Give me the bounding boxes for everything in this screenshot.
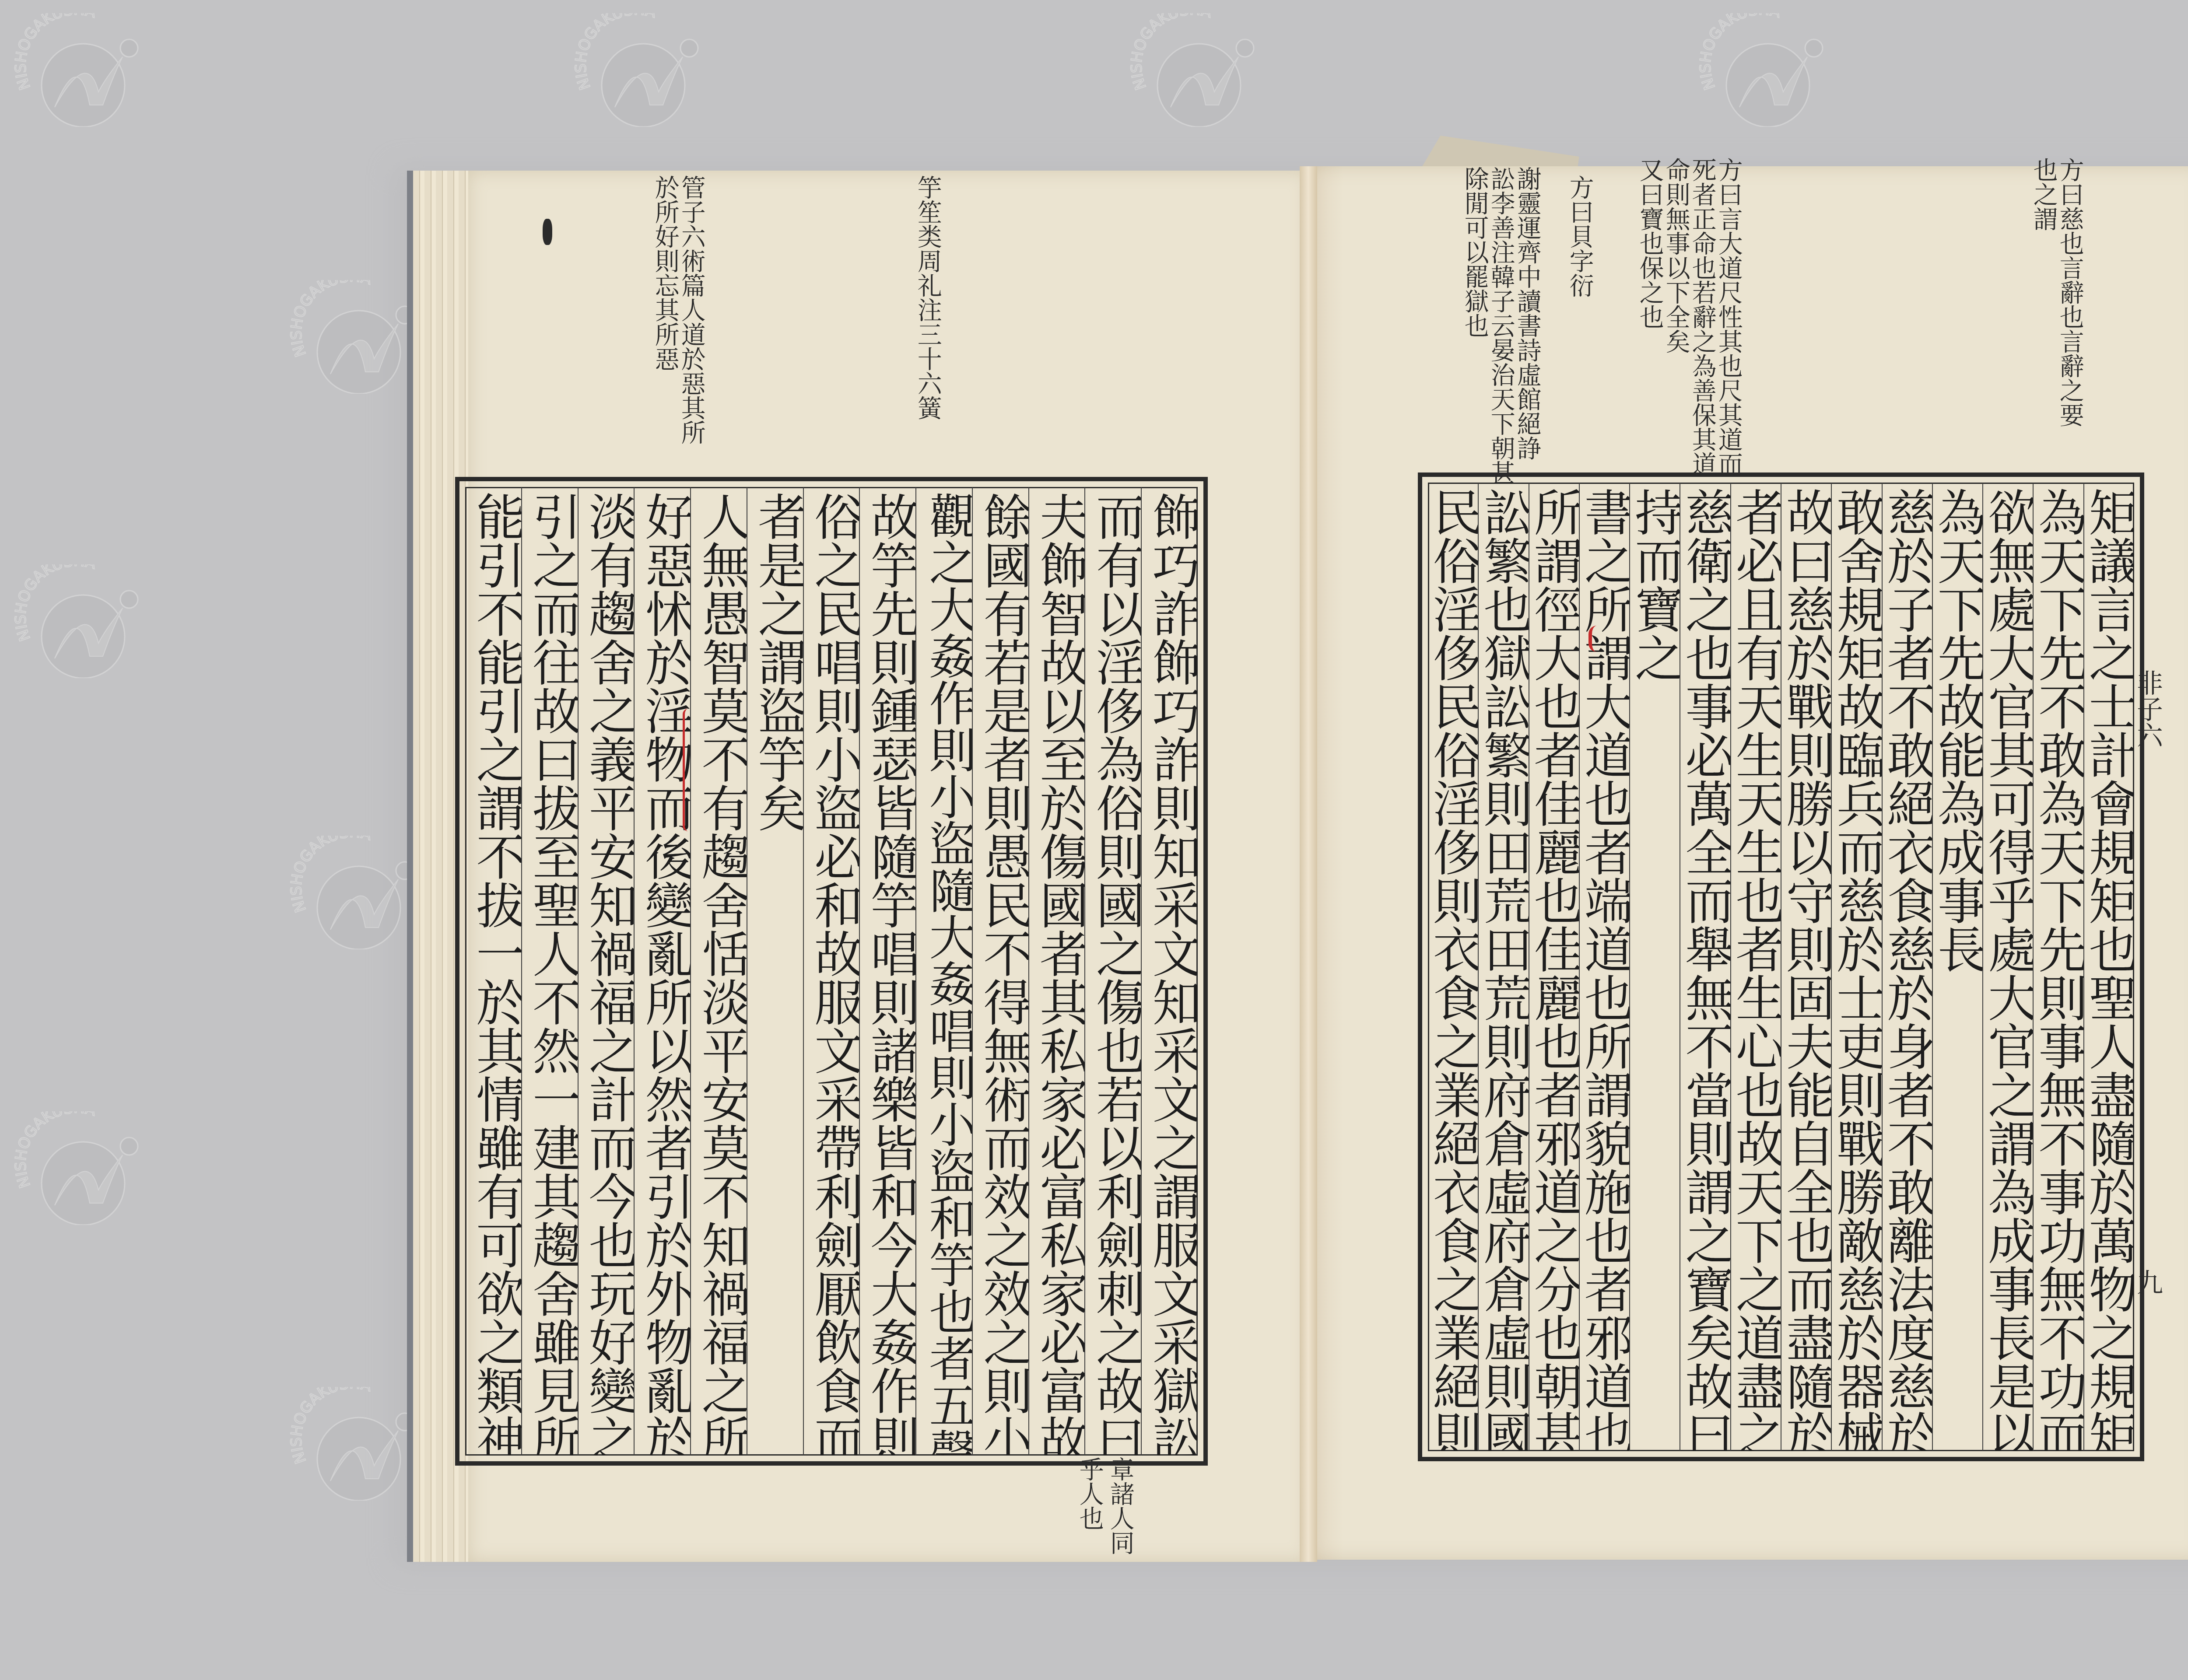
text-column: 好惡怵於淫物而後變亂所以然者引於外物亂於玩好也恬 xyxy=(634,487,690,1455)
right-annotation-10: 除閒可以罷獄也 xyxy=(1462,166,1487,338)
text-column: 書之所謂大道也者端道也所謂貌施也者邪道也 xyxy=(1579,483,1629,1451)
right-columns: 矩議言之士計會規矩也聖人盡隨於萬物之規矩故曰不敢為天下先不敢為天下先則事無不事功… xyxy=(1428,483,2134,1451)
right-text-block: 矩議言之士計會規矩也聖人盡隨於萬物之規矩故曰不敢為天下先不敢為天下先則事無不事功… xyxy=(1418,472,2144,1461)
right-annotation-8: 謝靈運齊中讀書詩虛館絕諍 xyxy=(1514,166,1540,460)
left-bottom-annotation-1: 章諸人同 xyxy=(1107,1457,1133,1555)
binding-tab xyxy=(1420,136,1582,171)
nishogakusha-logo-icon: NISHOGAKUSHA xyxy=(13,1111,144,1225)
nishogakusha-logo-icon: NISHOGAKUSHA xyxy=(573,13,705,127)
left-annotation-2: 管子六術篇人道於惡其所 xyxy=(678,175,704,444)
text-column: 故竽先則鍾瑟皆隨竽唱則諸樂皆和今大姦作則俗之民唱 xyxy=(859,487,915,1455)
left-annotation-1: 竽笙类周礼注三十六簧 xyxy=(915,175,940,420)
text-column: 夫飾智故以至於傷國者其私家必富私家必富故曰資貨有 xyxy=(1028,487,1085,1455)
left-bottom-annotation-2: 乎人也 xyxy=(1076,1457,1102,1530)
text-column: 故曰慈於戰則勝以守則固夫能自全也而盡隨於萬物之理 xyxy=(1781,483,1831,1451)
text-column: 慈衛之也事必萬全而舉無不當則謂之寶矣故曰吾有三寶 xyxy=(1680,483,1730,1451)
right-annotation-6: 又曰寶也保之也 xyxy=(1637,157,1662,329)
text-column: 而有以淫侈為俗則國之傷也若以利劍刺之故曰帶利劍諸 xyxy=(1084,487,1141,1455)
text-column: 能引不能引之謂不拔一於其情雖有可欲之類神不為動神 xyxy=(466,487,521,1455)
right-annotation-1: 方曰慈也言辭也言辭之要 xyxy=(2057,157,2083,427)
nishogakusha-logo-icon: NISHOGAKUSHA xyxy=(13,13,144,127)
right-annotation-4: 死者正命也若辭之為善保其道 xyxy=(1689,157,1715,476)
nishogakusha-logo-icon: NISHOGAKUSHA xyxy=(13,564,144,678)
nishogakusha-logo-icon: NISHOGAKUSHA xyxy=(289,280,420,394)
text-column: 淡有趨舍之義平安知禍福之計而今也玩好變之外物引之 xyxy=(578,487,634,1455)
right-annotation-7: 方曰貝字衍 xyxy=(1567,175,1592,297)
text-column: 所謂徑大也者佳麗也佳麗也者邪道之分也朝甚除也者獄 xyxy=(1529,483,1579,1451)
text-column: 餘國有若是者則愚民不得無術而效之效之則小盜生由是 xyxy=(972,487,1028,1455)
right-annotation-5: 命則無事以下全矣 xyxy=(1663,157,1689,353)
nishogakusha-logo-icon: NISHOGAKUSHA xyxy=(1698,13,1829,127)
page-number: 九 xyxy=(2129,1269,2167,1295)
text-column: 持而寶之 xyxy=(1629,483,1680,1451)
nishogakusha-logo-icon: NISHOGAKUSHA xyxy=(1129,13,1260,127)
text-column: 者必且有天生天生也者生心也故天下之道盡之生也若以 xyxy=(1730,483,1781,1451)
left-text-block: 飾巧詐飾巧詐則知采文知采文之謂服文采獄訟繁倉廩虛而有以淫侈為俗則國之傷也若以利劍… xyxy=(455,477,1208,1466)
right-annotation-3: 方曰言大道尺性其也尺其道而 xyxy=(1715,157,1741,476)
text-column: 欲無處大官其可得乎處大官之謂為成事長是以故曰不敢 xyxy=(1982,483,2033,1451)
text-column: 矩議言之士計會規矩也聖人盡隨於萬物之規矩故曰不敢 xyxy=(2083,483,2134,1451)
text-column: 慈於子者不敢絕衣食慈於身者不敢離法度慈於方圓者不 xyxy=(1882,483,1932,1451)
ink-stain xyxy=(543,219,552,245)
right-annotation-9: 訟李善注韓子云晏治天下朝甚 xyxy=(1488,166,1514,485)
text-column: 者是之謂盜竽矣 xyxy=(747,487,803,1455)
text-column: 觀之大姦作則小盜隨大姦唱則小盜和竽也者五聲之長者也 xyxy=(915,487,972,1455)
red-annotation-mark xyxy=(683,709,694,831)
text-column: 敢舍規矩故臨兵而慈於士吏則戰勝敵慈於器械則城堅固 xyxy=(1831,483,1881,1451)
red-annotation-mark xyxy=(1588,626,1605,652)
book-title-fragment: 非子六 xyxy=(2129,669,2167,748)
text-column: 為天下先故能為成事長 xyxy=(1932,483,1982,1451)
nishogakusha-logo-icon: NISHOGAKUSHA xyxy=(289,836,420,949)
text-column: 訟繁也獄訟繁則田荒田荒則府倉虛府倉虛則國貧國貧而 xyxy=(1478,483,1528,1451)
text-column: 民俗淫侈民俗淫侈則衣食之業絕衣食之業絕則民不得無 xyxy=(1428,483,1478,1451)
text-column: 引之而往故曰拔至聖人不然一建其趨舍雖見所好之物不 xyxy=(521,487,578,1455)
text-column: 飾巧詐飾巧詐則知采文知采文之謂服文采獄訟繁倉廩虛 xyxy=(1141,487,1197,1455)
nishogakusha-logo-icon: NISHOGAKUSHA xyxy=(289,1387,420,1501)
text-column: 人無愚智莫不有趨舍恬淡平安莫不知禍福之所由來得於 xyxy=(690,487,747,1455)
text-column: 為天下先不敢為天下先則事無不事功無不功而議必蓋世 xyxy=(2033,483,2083,1451)
left-columns: 飾巧詐飾巧詐則知采文知采文之謂服文采獄訟繁倉廩虛而有以淫侈為俗則國之傷也若以利劍… xyxy=(466,487,1197,1455)
book-gutter xyxy=(1300,166,1317,1562)
left-annotation-3: 於所好則忘其所惡 xyxy=(652,175,678,371)
text-column: 俗之民唱則小盜必和故服文采帶利劍厭飲食而貨資有餘 xyxy=(803,487,859,1455)
right-annotation-2: 也之謂 xyxy=(2030,157,2056,231)
